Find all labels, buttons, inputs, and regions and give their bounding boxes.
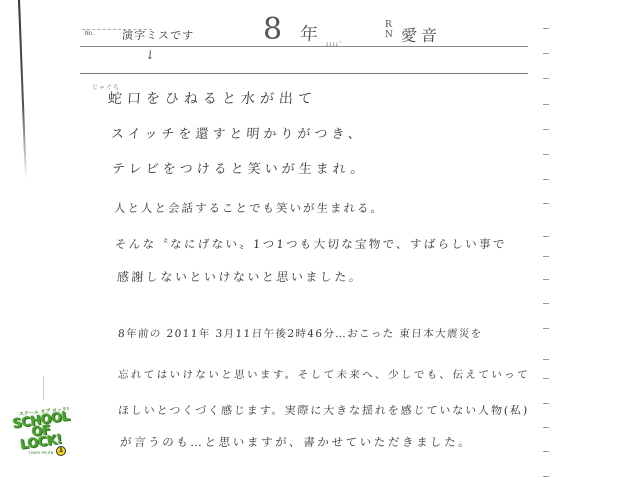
logo-badge-icon: 1 [56,446,66,456]
body-line-2: スイッチを還すと明かりがつき、 [110,123,365,142]
margin-tick [543,104,549,105]
author-name: 愛音 [400,23,442,46]
margin-tick [543,427,549,428]
margin-tick [543,359,549,360]
school-of-lock-logo: スクール オブ ロック! SCHOOL OF LOCK! TOKYO FM JF… [12,408,70,468]
body-line-5: そんな〝なにげない〟1つ1つも大切な宝物で、すばらしい事で [114,236,507,252]
body-line-10: が言うのも…と思いますが、書かせていただきました。 [119,434,473,450]
margin-tick [543,256,549,257]
body-line-9: ほしいとつくづく感じます。実際に大きな揺れを感じていない人物(私) [117,402,529,418]
margin-tick [543,28,549,29]
body-line-8: 忘れてはいけないと思います。そして未来へ、少しでも、伝えていって [117,367,530,382]
correction-note: 演字ミスです [121,27,194,43]
margin-tick [543,451,549,452]
margin-tick [543,303,549,304]
handwritten-letter-page: No. 演字ミスです ↓ 8 年 ıııı' R N 愛音 じゃぐち 蛇口をひね… [0,0,640,480]
paper-edge-line [18,0,26,180]
margin-tick [543,328,549,329]
body-line-6: 感謝しないといけないと思いました。 [116,268,364,285]
title-number: 8 [263,12,282,47]
author-initials: R N [385,20,395,40]
margin-tick [543,78,549,79]
margin-tick [543,236,549,237]
title-unit: 年 [299,20,321,46]
body-line-4: 人と人と会話することでも笑いが生まれる。 [113,200,384,216]
title-marks: ıııı' [326,40,342,48]
margin-tick [543,179,549,180]
down-arrow-icon: ↓ [145,48,158,62]
margin-tick [543,154,549,155]
margin-tick [543,53,549,54]
number-label: No. [85,30,96,37]
margin-tick [543,476,549,477]
body-line-3: テレビをつけると笑いが生まれ。 [111,158,368,177]
body-line-7: 8年前の 2011年 3月11日午後2時46分…おこった 東日本大震災を [117,326,483,341]
margin-tick [543,129,549,130]
margin-tick [543,403,549,404]
body-line-1: 蛇口をひねると水が出て [107,88,317,108]
margin-tick [543,378,549,379]
header-rule-2 [80,73,528,74]
paper-edge-mark [43,376,44,400]
margin-tick [543,203,549,204]
header-rule-1 [80,46,528,47]
margin-tick [543,279,549,280]
